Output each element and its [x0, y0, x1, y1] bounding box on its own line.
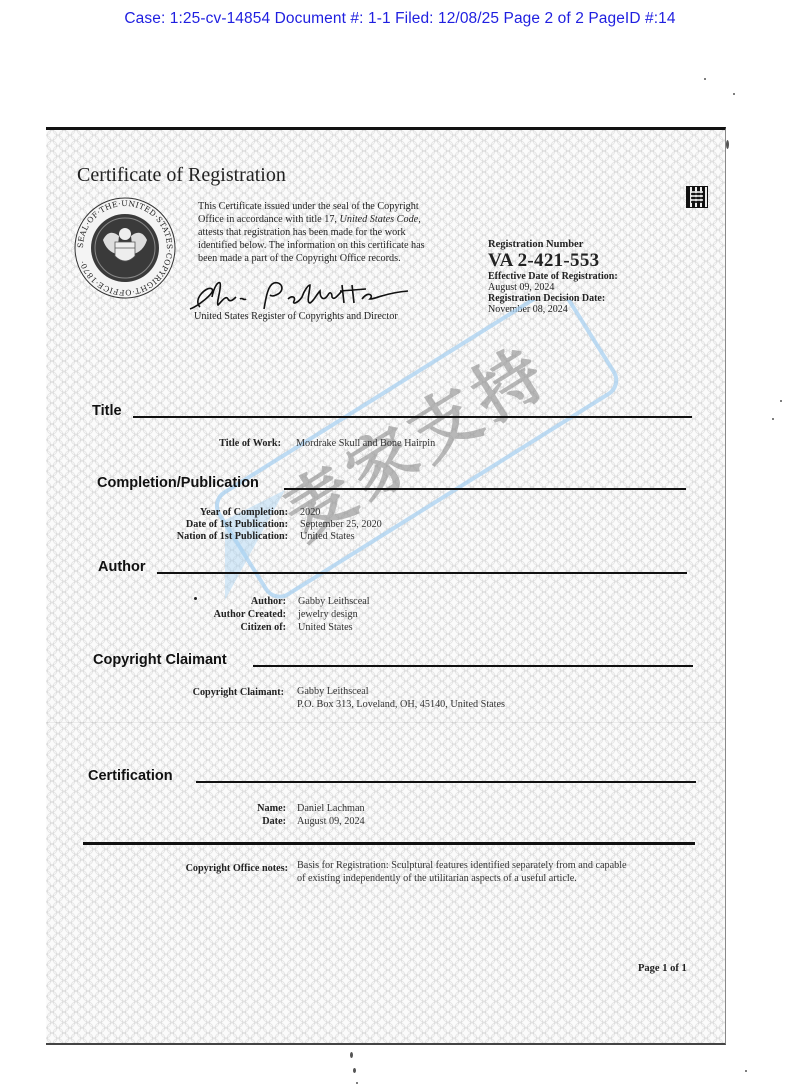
case-header: Case: 1:25-cv-14854 Document #: 1-1 File… [0, 10, 800, 28]
field-label: Name: [257, 802, 286, 815]
claimant-name-value: Gabby Leithsceal [297, 685, 369, 698]
citizen-of-value: United States [298, 621, 353, 634]
certificate-title: Certificate of Registration [77, 164, 286, 187]
section-heading-author: Author [98, 559, 146, 575]
nation-of-publication-value: United States [300, 530, 355, 543]
field-label: Citizen of: [240, 621, 286, 634]
field-label: Nation of 1st Publication: [177, 530, 288, 543]
title-of-work-value: Mordrake Skull and Bone Hairpin [296, 437, 435, 450]
author-created-value: jewelry design [298, 608, 358, 621]
intro-text: Office in accordance with title 17, [198, 214, 340, 225]
registration-block: Registration Number VA 2-421-553 Effecti… [488, 239, 618, 315]
section-heading-completion: Completion/Publication [97, 475, 259, 491]
section-rule [284, 488, 686, 490]
intro-line: attests that registration has been made … [198, 226, 460, 239]
signature-caption: United States Register of Copyrights and… [194, 311, 398, 322]
claimant-address-value: P.O. Box 313, Loveland, OH, 45140, Unite… [297, 698, 505, 711]
section-rule [196, 781, 696, 783]
copyright-office-seal-icon: SEAL·OF·THE·UNITED·STATES·COPYRIGHT·OFFI… [73, 196, 177, 300]
fold-line [46, 722, 725, 723]
qr-code-icon [687, 187, 707, 207]
section-heading-title: Title [92, 403, 122, 419]
section-rule [253, 665, 693, 667]
decision-date: November 08, 2024 [488, 304, 618, 315]
decision-date-label: Registration Decision Date: [488, 293, 618, 304]
field-label: Author Created: [214, 608, 286, 621]
intro-line: identified below. The information on thi… [198, 239, 460, 252]
registration-number-label: Registration Number [488, 239, 618, 250]
intro-code-name: United States Code, [340, 214, 421, 225]
effective-date: August 09, 2024 [488, 282, 618, 293]
certifier-name-value: Daniel Lachman [297, 802, 365, 815]
intro-line: been made a part of the Copyright Office… [198, 252, 460, 265]
page-count: Page 1 of 1 [638, 963, 687, 974]
field-label: Author: [251, 595, 286, 608]
notes-label: Copyright Office notes: [186, 862, 288, 875]
field-label: Date: [262, 815, 286, 828]
section-heading-claimant: Copyright Claimant [93, 652, 227, 668]
section-rule [157, 572, 687, 574]
certification-date-value: August 09, 2024 [297, 815, 365, 828]
effective-date-label: Effective Date of Registration: [488, 271, 618, 282]
field-label: Title of Work: [219, 437, 281, 450]
bullet-icon [194, 597, 197, 600]
section-heading-certification: Certification [88, 768, 173, 784]
author-value: Gabby Leithsceal [298, 595, 370, 608]
intro-line: This Certificate issued under the seal o… [198, 200, 460, 213]
notes-line-1: Basis for Registration: Sculptural featu… [297, 859, 627, 872]
certificate-intro: This Certificate issued under the seal o… [198, 200, 460, 265]
registration-number: VA 2-421-553 [488, 251, 618, 271]
intro-line: Office in accordance with title 17, Unit… [198, 213, 460, 226]
divider [83, 842, 695, 845]
section-rule [133, 416, 692, 418]
notes-line-2: of existing independently of the utilita… [297, 872, 577, 885]
field-label: Copyright Claimant: [193, 686, 284, 699]
